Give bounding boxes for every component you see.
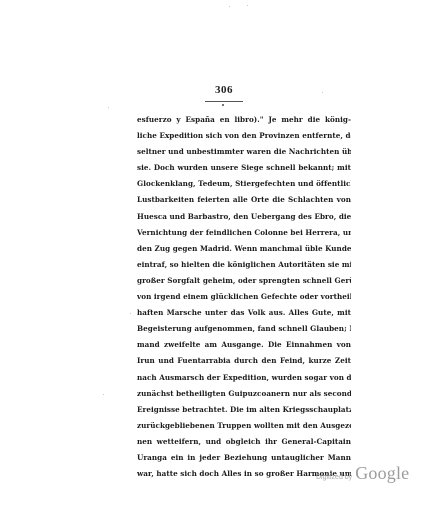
text-line: Lustbarkeiten feierten alle Orte die Sch… — [137, 192, 351, 208]
text-line: liche Expedition sich von den Provinzen … — [137, 128, 351, 144]
text-line: Huesca und Barbastro, den Uebergang des … — [137, 209, 351, 225]
text-line: Vernichtung der feindlichen Colonne bei … — [137, 225, 351, 241]
page-number: 306 — [0, 84, 448, 96]
scan-speck — [108, 107, 109, 108]
watermark-prefix: Digitized by — [316, 474, 352, 481]
scan-speck — [229, 6, 230, 7]
text-line: Begeisterung aufgenommen, fand schnell G… — [137, 321, 351, 337]
text-line: nach Ausmarsch der Expedition, wurden so… — [137, 370, 351, 386]
scan-speck — [130, 313, 131, 314]
scan-speck — [103, 394, 104, 395]
header-rule-mark — [222, 104, 224, 106]
text-line: zurückgebliebenen Truppen wollten mit de… — [137, 418, 351, 434]
text-line: großer Sorgfalt geheim, oder sprengten s… — [137, 273, 351, 289]
scan-speck — [247, 5, 248, 6]
google-logo-text: Google — [355, 463, 409, 484]
text-line: von irgend einem glücklichen Gefechte od… — [137, 289, 351, 305]
text-line: Ereignisse betrachtet. Die im alten Krie… — [137, 402, 351, 418]
text-line: zunächst betheiligten Guipuzcoanern nur … — [137, 386, 351, 402]
scan-speck — [322, 92, 323, 93]
text-line: esfuerzo y España en libro)." Je mehr di… — [137, 112, 351, 128]
text-line: sie. Doch wurden unsere Siege schnell be… — [137, 160, 351, 176]
text-line: den Zug gegen Madrid. Wenn manchmal üble… — [137, 241, 351, 257]
text-line: haften Marsche unter das Volk aus. Alles… — [137, 305, 351, 321]
body-text: esfuerzo y España en libro)." Je mehr di… — [137, 112, 351, 482]
text-line: Glockenklang, Tedeum, Stiergefechten und… — [137, 176, 351, 192]
header-rule — [205, 101, 243, 102]
text-line: nen wetteifern, und obgleich ihr General… — [137, 434, 351, 450]
digitized-by-google-watermark: Digitized by Google — [316, 463, 409, 484]
text-line: mand zweifelte am Ausgange. Die Einnahme… — [137, 337, 351, 353]
text-line: seltner und unbestimmter waren die Nachr… — [137, 144, 351, 160]
text-line: Irun und Fuentarrabia durch den Feind, k… — [137, 353, 351, 369]
text-line: eintraf, so hielten die königlichen Auto… — [137, 257, 351, 273]
scan-speck — [325, 398, 326, 399]
